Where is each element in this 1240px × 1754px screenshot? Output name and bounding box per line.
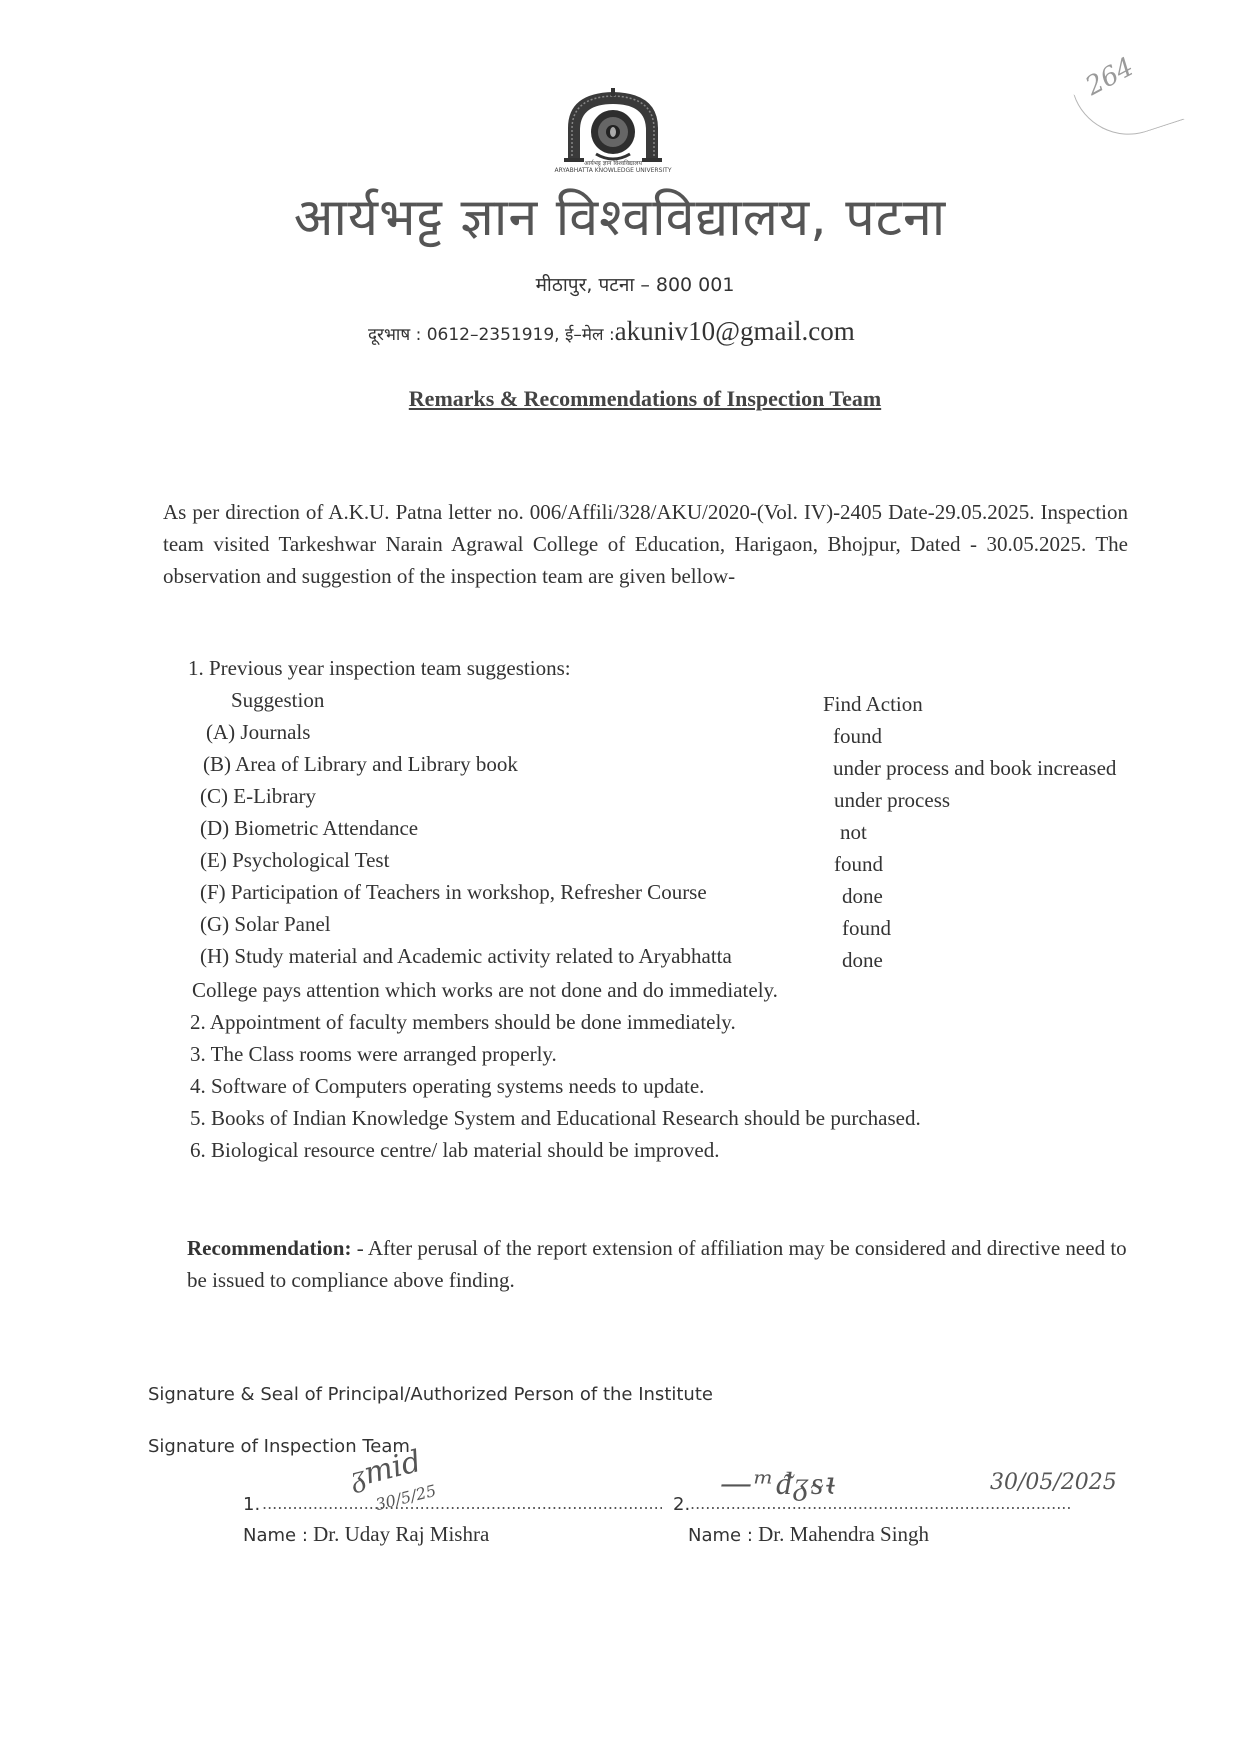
observation-point: 4. Software of Computers operating syste… <box>190 1074 704 1099</box>
suggestion-label: (H) Study material and Academic activity… <box>200 944 732 969</box>
suggestion-label: (E) Psychological Test <box>200 848 389 873</box>
logo-caption: आर्यभट्ट ज्ञान विश्वविद्यालय ARYABHATTA … <box>548 160 678 174</box>
name-label: Name : <box>243 1525 308 1546</box>
suggestion-label: (D) Biometric Attendance <box>200 816 418 841</box>
university-address: मीठापुर, पटना – 800 001 <box>0 271 1240 297</box>
suggestion-action: found <box>842 916 891 941</box>
signatory-1-number: 1. <box>243 1494 260 1515</box>
signature-2-handwritten: —ᵐᵭᵹᵴᵼ <box>720 1464 840 1502</box>
email-label: ई–मेल : <box>565 325 615 345</box>
signature-2-date: 30/05/2025 <box>990 1470 1117 1495</box>
signatory-1-name: Name : Dr. Uday Raj Mishra <box>243 1522 489 1547</box>
observation-point: 5. Books of Indian Knowledge System and … <box>190 1106 921 1131</box>
team-signature-label: Signature of Inspection Team <box>148 1436 410 1457</box>
logo-caption-english: ARYABHATTA KNOWLEDGE UNIVERSITY <box>548 167 678 174</box>
signatory-2-number: 2. <box>673 1494 690 1515</box>
intro-paragraph: As per direction of A.K.U. Patna letter … <box>163 496 1128 592</box>
suggestion-action: done <box>842 884 883 909</box>
column-header-find-action: Find Action <box>823 692 923 717</box>
suggestion-action: done <box>842 948 883 973</box>
suggestion-action: under process <box>834 788 950 813</box>
suggestion-label: (B) Area of Library and Library book <box>203 752 518 777</box>
suggestion-action: found <box>833 724 882 749</box>
suggestion-label: (F) Participation of Teachers in worksho… <box>200 880 707 905</box>
column-header-suggestion: Suggestion <box>231 688 324 713</box>
principal-signature-label: Signature & Seal of Principal/Authorized… <box>148 1384 713 1405</box>
suggestion-label: (A) Journals <box>206 720 310 745</box>
suggestion-action: not <box>840 820 867 845</box>
observation-point: 2. Appointment of faculty members should… <box>190 1010 736 1035</box>
name-value: Dr. Mahendra Singh <box>758 1522 929 1546</box>
logo-caption-hindi: आर्यभट्ट ज्ञान विश्वविद्यालय <box>548 160 678 167</box>
recommendation-paragraph: Recommendation: - After perusal of the r… <box>187 1232 1127 1296</box>
phone-number: 0612–2351919, <box>427 325 560 345</box>
document-title: Remarks & Recommendations of Inspection … <box>0 386 1240 412</box>
signature-line-1: ........................................… <box>262 1494 662 1513</box>
recommendation-label: Recommendation: <box>187 1236 351 1260</box>
section-1-heading: 1. Previous year inspection team suggest… <box>188 656 571 681</box>
phone-label: दूरभाष : <box>368 325 421 345</box>
name-label: Name : <box>688 1525 753 1546</box>
suggestion-label: (C) E-Library <box>200 784 316 809</box>
suggestion-label: (G) Solar Panel <box>200 912 331 937</box>
suggestion-action: found <box>834 852 883 877</box>
signatory-2-name: Name : Dr. Mahendra Singh <box>688 1522 929 1547</box>
suggestion-action: under process and book increased <box>833 756 1116 781</box>
university-contact: दूरभाष : 0612–2351919, ई–मेल :akuniv10@g… <box>368 316 855 347</box>
section-1-closing: College pays attention which works are n… <box>192 978 778 1003</box>
observation-point: 6. Biological resource centre/ lab mater… <box>190 1138 720 1163</box>
university-name: आर्यभट्ट ज्ञान विश्वविद्यालय, पटना <box>0 180 1240 251</box>
email-address: akuniv10@gmail.com <box>615 316 855 346</box>
name-value: Dr. Uday Raj Mishra <box>313 1522 489 1546</box>
observation-point: 3. The Class rooms were arranged properl… <box>190 1042 557 1067</box>
